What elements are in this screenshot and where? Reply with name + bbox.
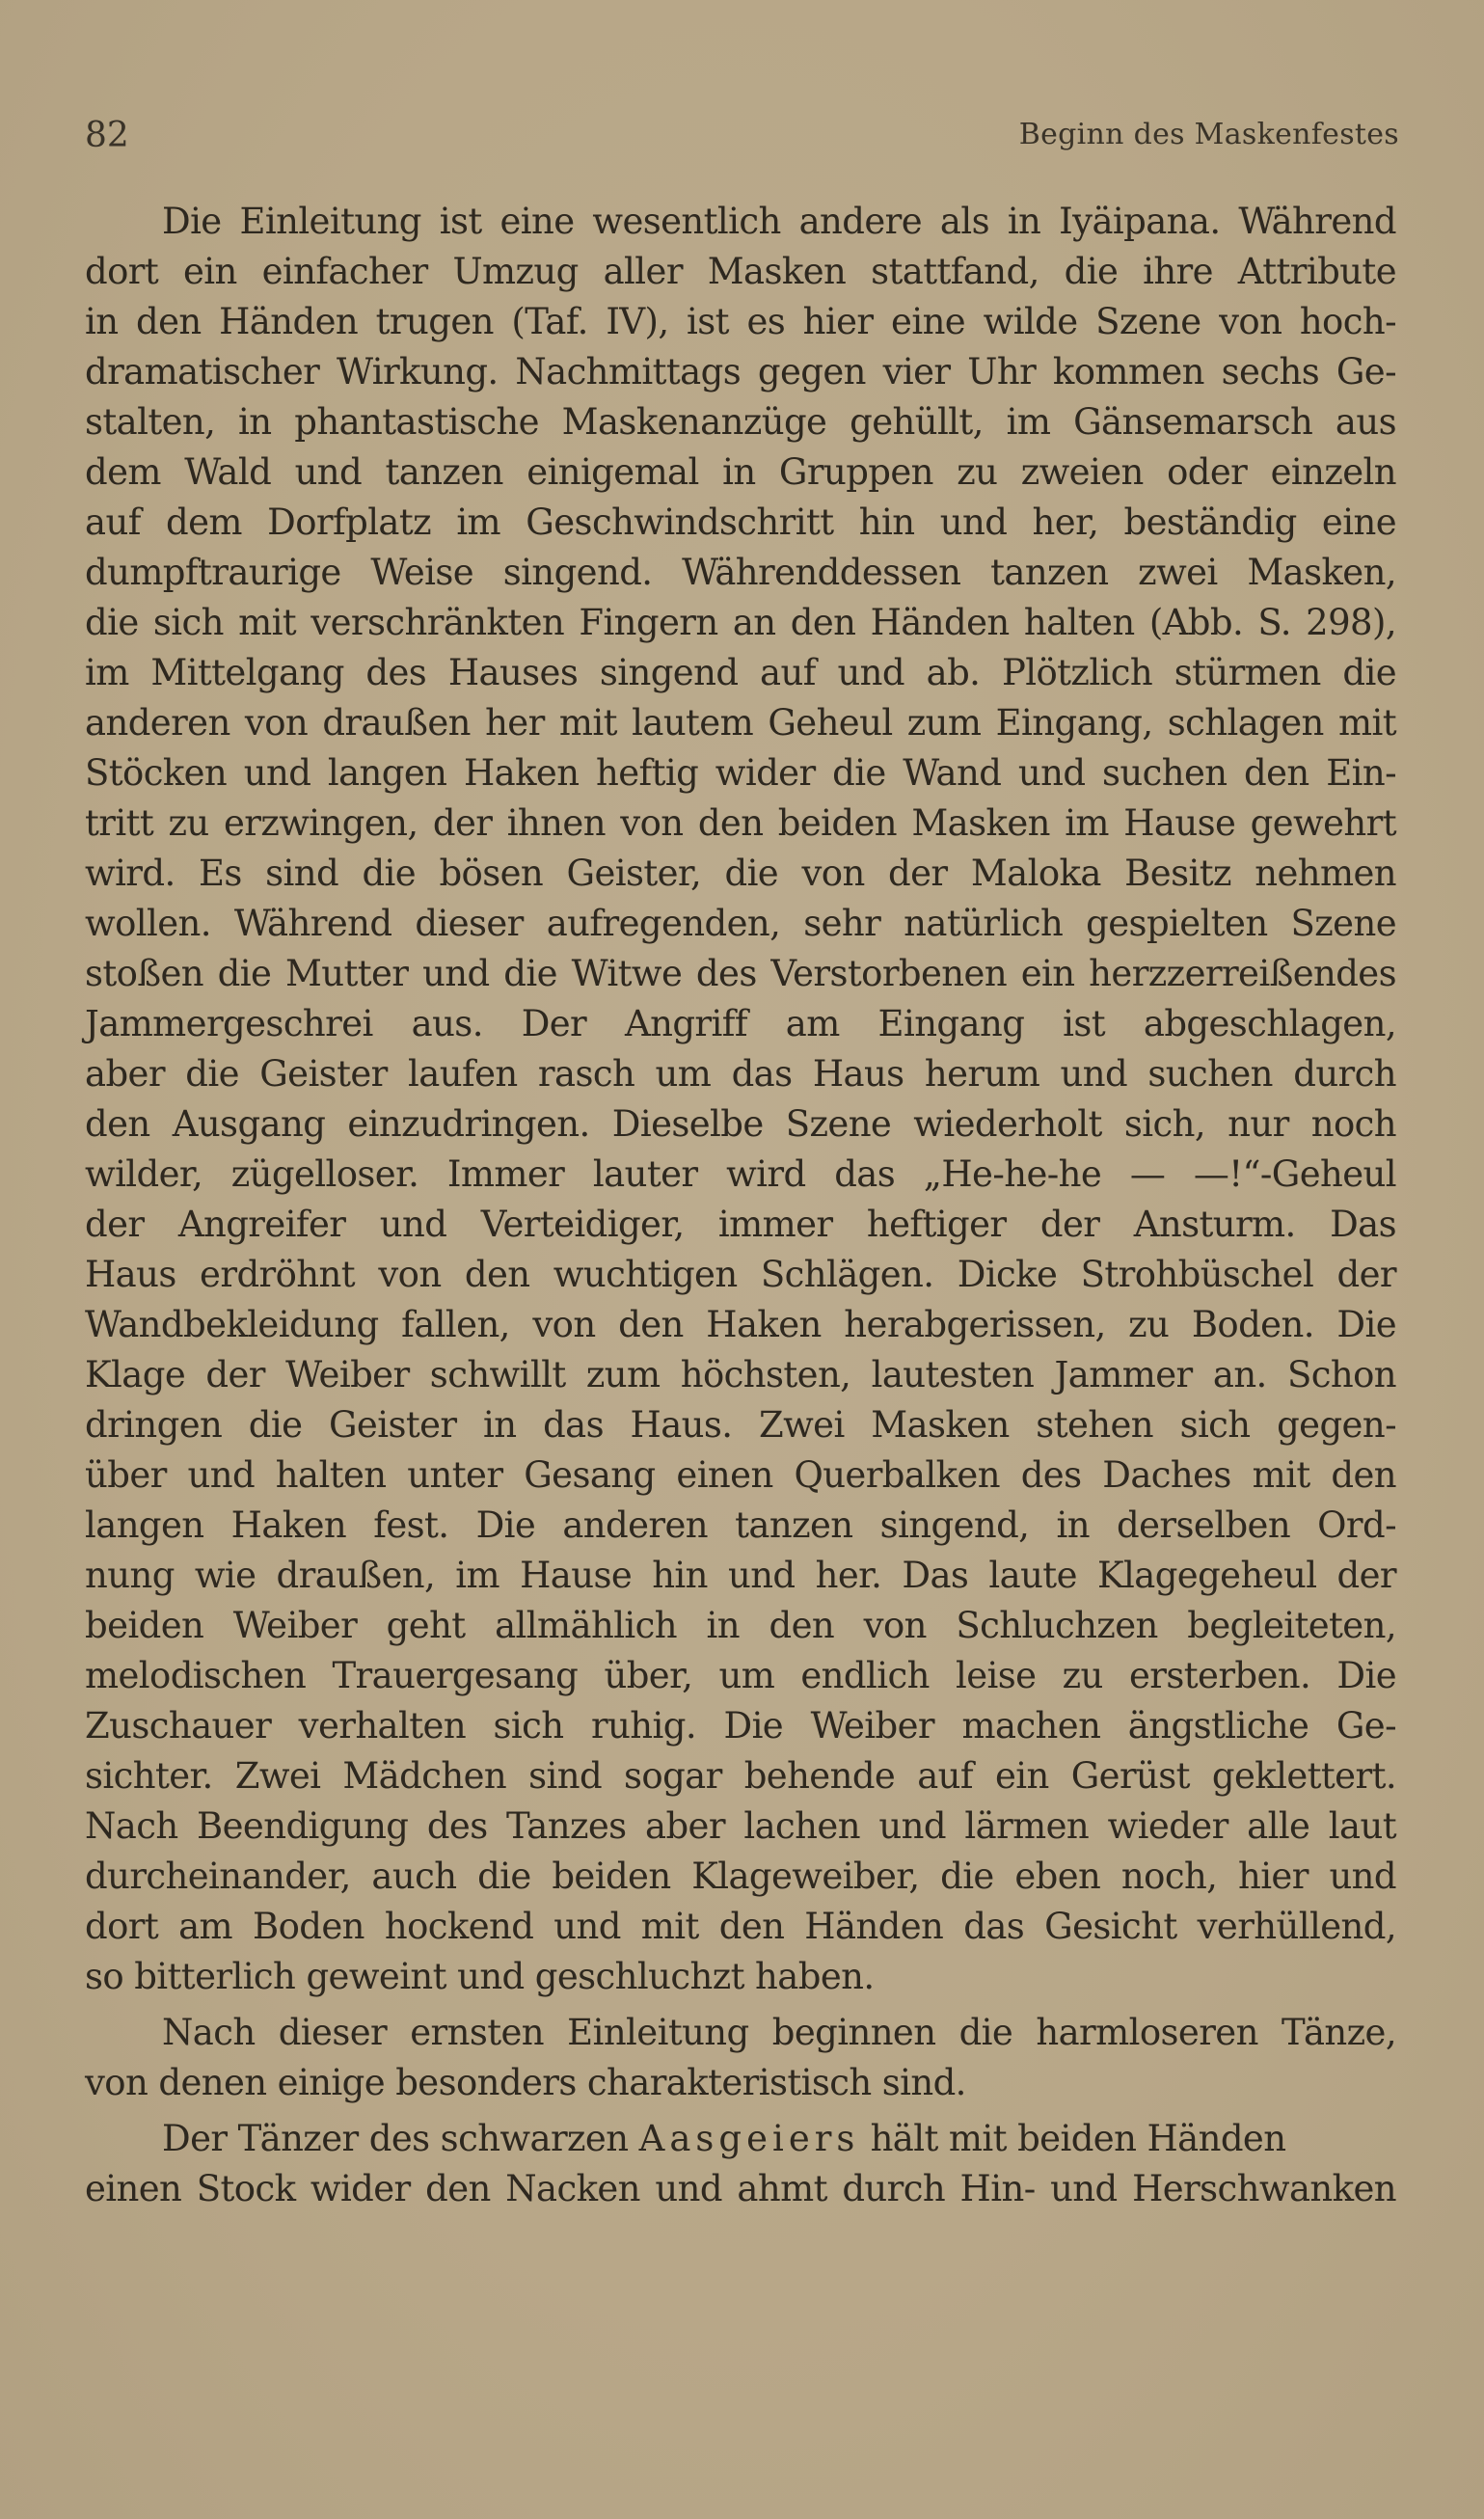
text-line: Jammergeschrei aus. Der Angriff am Einga… bbox=[85, 1000, 1396, 1048]
text-fragment: Der Tänzer des schwarzen bbox=[162, 2118, 628, 2159]
running-title: Beginn des Maskenfestes bbox=[1019, 118, 1399, 151]
text-line: nung wie draußen, im Hause hin und her. … bbox=[85, 1552, 1396, 1600]
text-line: im Mittelgang des Hauses singend auf und… bbox=[85, 649, 1396, 697]
text-line: so bitterlich geweint und geschluchzt ha… bbox=[85, 1953, 1396, 2001]
text-line: Der Tänzer des schwarzen Aasgeiers hält … bbox=[162, 2115, 1396, 2163]
text-line: dringen die Geister in das Haus. Zwei Ma… bbox=[85, 1401, 1396, 1449]
text-line: melodischen Trauergesang über, um endlic… bbox=[85, 1652, 1396, 1700]
page-number: 82 bbox=[85, 116, 129, 155]
text-line: Nach dieser ernsten Einleitung beginnen … bbox=[162, 2009, 1396, 2057]
text-line: langen Haken fest. Die anderen tanzen si… bbox=[85, 1502, 1396, 1550]
text-line: die sich mit verschränkten Fingern an de… bbox=[85, 599, 1396, 647]
text-line: dort ein einfacher Umzug aller Masken st… bbox=[85, 248, 1396, 296]
text-line: Wandbekleidung fallen, von den Haken her… bbox=[85, 1301, 1396, 1349]
text-line: wilder, zügelloser. Immer lauter wird da… bbox=[85, 1151, 1396, 1199]
text-line: Nach Beendigung des Tanzes aber lachen u… bbox=[85, 1802, 1396, 1851]
text-fragment: hält mit beiden Händen bbox=[871, 2118, 1286, 2159]
text-line: anderen von draußen her mit lautem Geheu… bbox=[85, 699, 1396, 747]
text-line: tritt zu erzwingen, der ihnen von den be… bbox=[85, 799, 1396, 848]
text-line: der Angreifer und Verteidiger, immer hef… bbox=[85, 1201, 1396, 1249]
text-line: den Ausgang einzudringen. Dieselbe Szene… bbox=[85, 1100, 1396, 1149]
text-line: wollen. Während dieser aufregenden, sehr… bbox=[85, 900, 1396, 948]
text-line: auf dem Dorfplatz im Geschwindschritt hi… bbox=[85, 499, 1396, 547]
text-line: stoßen die Mutter und die Witwe des Vers… bbox=[85, 950, 1396, 998]
page-header: 82 Beginn des Maskenfestes bbox=[85, 116, 1399, 164]
book-page: 82 Beginn des Maskenfestes Die Einleitun… bbox=[0, 0, 1484, 2519]
text-line: sichter. Zwei Mädchen sind sogar behende… bbox=[85, 1752, 1396, 1801]
text-line: Zuschauer verhalten sich ruhig. Die Weib… bbox=[85, 1702, 1396, 1750]
text-line: durcheinander, auch die beiden Klageweib… bbox=[85, 1853, 1396, 1901]
emphasized-term: Aasgeiers bbox=[639, 2118, 860, 2159]
text-line: dem Wald und tanzen einigemal in Gruppen… bbox=[85, 448, 1396, 497]
text-line: Klage der Weiber schwillt zum höchsten, … bbox=[85, 1351, 1396, 1399]
text-line: über und halten unter Gesang einen Querb… bbox=[85, 1451, 1396, 1500]
text-line: Haus erdröhnt von den wuchtigen Schlägen… bbox=[85, 1251, 1396, 1299]
text-line: Stöcken und langen Haken heftig wider di… bbox=[85, 749, 1396, 798]
text-line: stalten, in phantastische Maskenanzüge g… bbox=[85, 398, 1396, 447]
text-line: von denen einige besonders charakteristi… bbox=[85, 2059, 1396, 2107]
text-line: wird. Es sind die bösen Geister, die von… bbox=[85, 850, 1396, 898]
text-line: beiden Weiber geht allmählich in den von… bbox=[85, 1602, 1396, 1650]
text-line: aber die Geister laufen rasch um das Hau… bbox=[85, 1050, 1396, 1098]
text-line: dumpftraurige Weise singend. Währenddess… bbox=[85, 549, 1396, 597]
text-line: einen Stock wider den Nacken und ahmt du… bbox=[85, 2165, 1396, 2213]
text-line: in den Händen trugen (Taf. IV), ist es h… bbox=[85, 298, 1396, 346]
text-line: dort am Boden hockend und mit den Händen… bbox=[85, 1903, 1396, 1951]
text-line: Die Einleitung ist eine wesentlich ander… bbox=[162, 198, 1396, 246]
text-line: dramatischer Wirkung. Nachmittags gegen … bbox=[85, 348, 1396, 396]
